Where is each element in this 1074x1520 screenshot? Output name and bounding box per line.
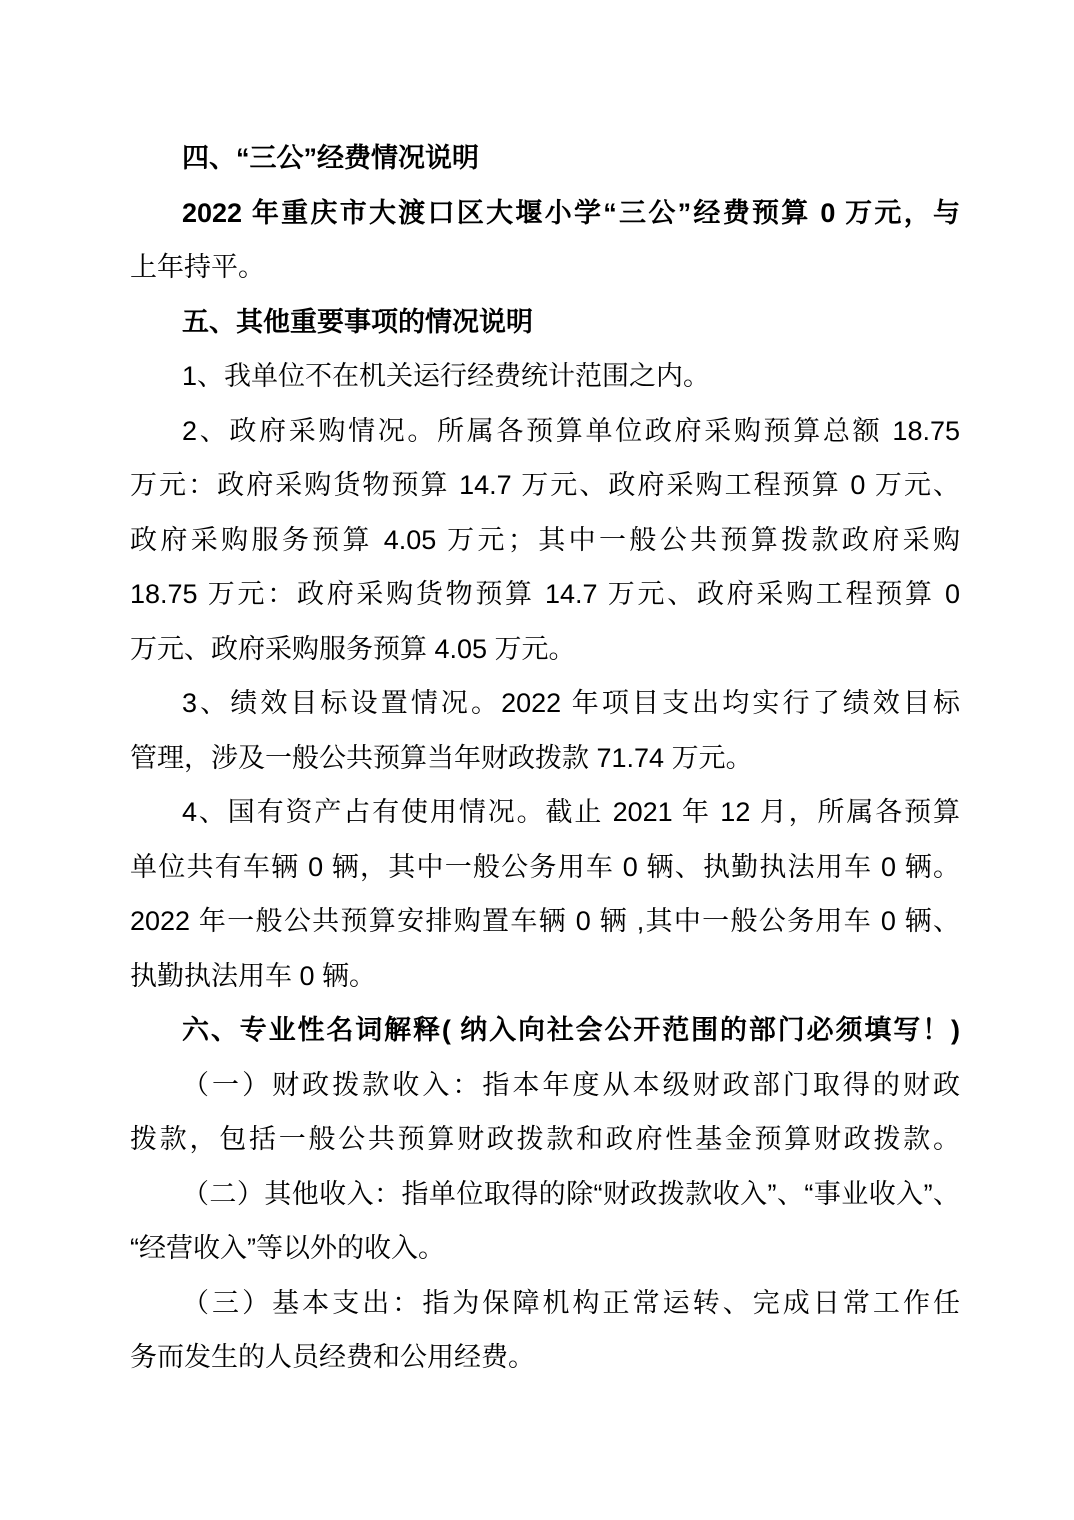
- para-item-2-procurement-line-4: 18.75 万元：政府采购货物预算 14.7 万元、政府采购工程预算 0: [130, 567, 960, 622]
- para-item-4-assets-line-1: 4、国有资产占有使用情况。截止 2021 年 12 月，所属各预算: [130, 785, 960, 840]
- para-item-2-procurement-line-5: 万元、政府采购服务预算 4.05 万元。: [130, 622, 960, 677]
- para-item-2-procurement-line-1: 2、政府采购情况。所属各预算单位政府采购预算总额 18.75: [130, 404, 960, 459]
- para-term-2-other-income-line-2: “经营收入”等以外的收入。: [130, 1221, 960, 1276]
- heading-section-five: 五、其他重要事项的情况说明: [130, 295, 960, 350]
- heading-section-six: 六、专业性名词解释( 纳入向社会公开范围的部门必须填写！): [130, 1003, 960, 1058]
- para-item-4-assets-line-4: 执勤执法用车 0 辆。: [130, 949, 960, 1004]
- para-item-4-assets-line-2: 单位共有车辆 0 辆，其中一般公务用车 0 辆、执勤执法用车 0 辆。: [130, 840, 960, 895]
- para-item-2-procurement-line-3: 政府采购服务预算 4.05 万元；其中一般公共预算拨款政府采购: [130, 513, 960, 568]
- para-sangong-budget-line-2: 上年持平。: [130, 240, 960, 295]
- para-item-1-operating-expense: 1、我单位不在机关运行经费统计范围之内。: [130, 349, 960, 404]
- para-term-1-fiscal-income-line-2: 拨款，包括一般公共预算财政拨款和政府性基金预算财政拨款。: [130, 1112, 960, 1167]
- para-item-2-procurement-line-2: 万元：政府采购货物预算 14.7 万元、政府采购工程预算 0 万元、: [130, 458, 960, 513]
- para-sangong-budget-line-1: 2022 年重庆市大渡口区大堰小学“三公”经费预算 0 万元，与: [130, 186, 960, 241]
- document-page: 四、“三公”经费情况说明 2022 年重庆市大渡口区大堰小学“三公”经费预算 0…: [0, 0, 1074, 1520]
- heading-section-four: 四、“三公”经费情况说明: [130, 131, 960, 186]
- para-item-3-performance-line-2: 管理，涉及一般公共预算当年财政拨款 71.74 万元。: [130, 731, 960, 786]
- para-item-4-assets-line-3: 2022 年一般公共预算安排购置车辆 0 辆 ,其中一般公务用车 0 辆、: [130, 894, 960, 949]
- para-term-3-basic-expense-line-1: （三）基本支出：指为保障机构正常运转、完成日常工作任: [130, 1276, 960, 1331]
- para-term-2-other-income-line-1: （二）其他收入：指单位取得的除“财政拨款收入”、“事业收入”、: [130, 1167, 960, 1222]
- para-term-3-basic-expense-line-2: 务而发生的人员经费和公用经费。: [130, 1330, 960, 1385]
- para-term-1-fiscal-income-line-1: （一）财政拨款收入：指本年度从本级财政部门取得的财政: [130, 1058, 960, 1113]
- para-item-3-performance-line-1: 3、绩效目标设置情况。2022 年项目支出均实行了绩效目标: [130, 676, 960, 731]
